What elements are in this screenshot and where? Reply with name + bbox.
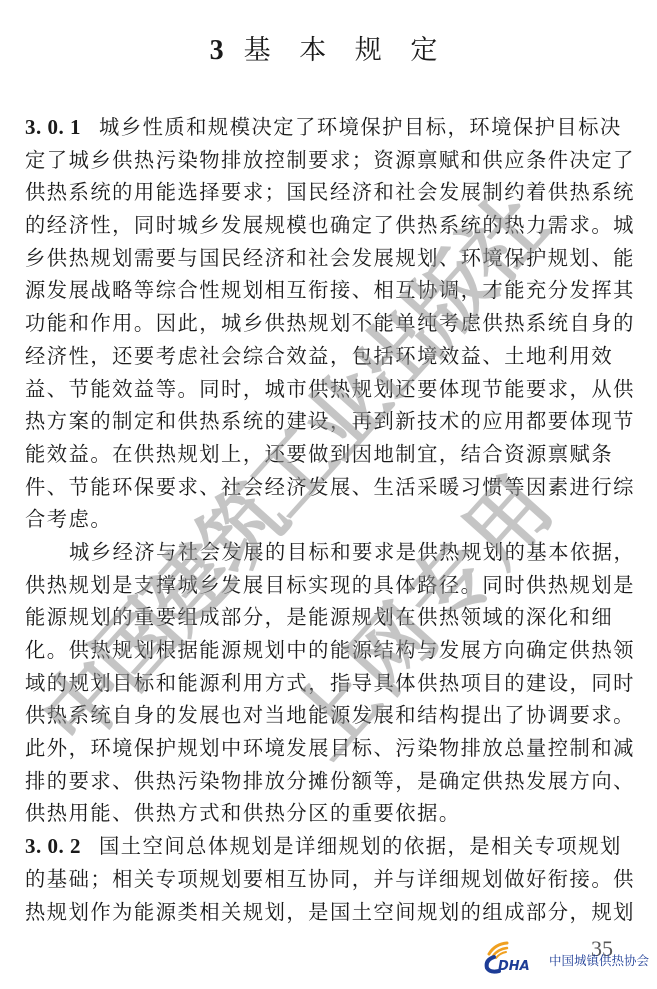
line-text: 合考虑。 <box>25 507 112 531</box>
text-line: 供热用能、供热方式和供热分区的重要依据。 <box>25 797 637 830</box>
text-line: 的经济性，同时城乡发展规模也确定了供热系统的热力需求。城 <box>25 209 637 242</box>
text-line: 功能和作用。因此，城乡供热规划不能单纯考虑供热系统自身的 <box>25 307 637 340</box>
line-text: 域的规划目标和能源利用方式，指导具体供热项目的建设，同时 <box>25 671 635 695</box>
text-line: 源发展战略等综合性规划相互衔接、相互协调，才能充分发挥其 <box>25 274 637 307</box>
logo-dha-text: DHA <box>498 959 530 974</box>
text-line: 件、节能环保要求、社会经济发展、生活采暖习惯等因素进行综 <box>25 471 637 504</box>
clause-number: 3. 0. 1 <box>25 115 81 139</box>
text-line: 热规划作为能源类相关规划，是国土空间规划的组成部分，规划 <box>25 896 637 929</box>
line-text: 供热系统的用能选择要求；国民经济和社会发展制约着供热系统 <box>25 180 635 204</box>
line-text: 排的要求、供热污染物排放分摊份额等，是确定供热发展方向、 <box>25 769 635 793</box>
cdha-logo: DHA 中国城镇供热协会 <box>483 940 653 974</box>
line-text: 的经济性，同时城乡发展规模也确定了供热系统的热力需求。城 <box>25 213 635 237</box>
line-text: 能源规划的重要组成部分，是能源规划在供热领域的深化和细 <box>25 605 613 629</box>
line-text: 国土空间总体规划是详细规划的依据，是相关专项规划 <box>99 834 622 858</box>
line-text: 供热系统自身的发展也对当地能源发展和结构提出了协调要求。 <box>25 703 635 727</box>
text-line: 定了城乡供热污染物排放控制要求；资源禀赋和供应条件决定了 <box>25 144 637 177</box>
chapter-heading: 3基 本 规 定 <box>0 28 657 67</box>
chapter-title: 基 本 规 定 <box>244 35 448 66</box>
line-text: 供热规划是支撑城乡发展目标实现的具体路径。同时供热规划是 <box>25 573 635 597</box>
text-line: 供热系统自身的发展也对当地能源发展和结构提出了协调要求。 <box>25 699 637 732</box>
logo-organization-name: 中国城镇供热协会 <box>549 951 649 969</box>
text-line: 热方案的制定和供热系统的建设，再到新技术的应用都要体现节 <box>25 405 637 438</box>
line-text: 源发展战略等综合性规划相互衔接、相互协调，才能充分发挥其 <box>25 278 635 302</box>
text-line: 的基础；相关专项规划要相互协同，并与详细规划做好衔接。供 <box>25 863 637 896</box>
text-line: 能源规划的重要组成部分，是能源规划在供热领域的深化和细 <box>25 601 637 634</box>
text-line: 供热规划是支撑城乡发展目标实现的具体路径。同时供热规划是 <box>25 569 637 602</box>
line-text: 城乡经济与社会发展的目标和要求是供热规划的基本依据， <box>69 540 635 564</box>
line-text: 件、节能环保要求、社会经济发展、生活采暖习惯等因素进行综 <box>25 475 635 499</box>
text-line: 域的规划目标和能源利用方式，指导具体供热项目的建设，同时 <box>25 667 637 700</box>
text-line: 能效益。在供热规划上，还要做到因地制宜，结合资源禀赋条 <box>25 438 637 471</box>
line-text: 供热用能、供热方式和供热分区的重要依据。 <box>25 801 461 825</box>
text-line: 供热系统的用能选择要求；国民经济和社会发展制约着供热系统 <box>25 176 637 209</box>
text-line: 此外，环境保护规划中环境发展目标、污染物排放总量控制和减 <box>25 732 637 765</box>
text-line: 排的要求、供热污染物排放分摊份额等，是确定供热发展方向、 <box>25 765 637 798</box>
line-text: 化。供热规划根据能源规划中的能源结构与发展方向确定供热领 <box>25 638 635 662</box>
clause-number: 3. 0. 2 <box>25 834 81 858</box>
text-line: 益、节能效益等。同时，城市供热规划还要体现节能要求，从供 <box>25 373 637 406</box>
line-text: 功能和作用。因此，城乡供热规划不能单纯考虑供热系统自身的 <box>25 311 635 335</box>
line-text: 定了城乡供热污染物排放控制要求；资源禀赋和供应条件决定了 <box>25 148 635 172</box>
text-line: 乡供热规划需要与国民经济和社会发展规划、环境保护规划、能 <box>25 242 637 275</box>
line-text: 经济性，还要考虑社会综合效益，包括环境效益、土地利用效 <box>25 344 613 368</box>
line-text: 城乡性质和规模决定了环境保护目标，环境保护目标决 <box>99 115 622 139</box>
line-text: 能效益。在供热规划上，还要做到因地制宜，结合资源禀赋条 <box>25 442 613 466</box>
text-line: 城乡经济与社会发展的目标和要求是供热规划的基本依据， <box>25 536 637 569</box>
line-text: 热规划作为能源类相关规划，是国土空间规划的组成部分，规划 <box>25 900 635 924</box>
text-line: 3. 0. 1城乡性质和规模决定了环境保护目标，环境保护目标决 <box>25 111 637 144</box>
line-text: 热方案的制定和供热系统的建设，再到新技术的应用都要体现节 <box>25 409 635 433</box>
text-line: 合考虑。 <box>25 503 637 536</box>
body-text: 3. 0. 1城乡性质和规模决定了环境保护目标，环境保护目标决定了城乡供热污染物… <box>25 111 637 928</box>
text-line: 化。供热规划根据能源规划中的能源结构与发展方向确定供热领 <box>25 634 637 667</box>
line-text: 乡供热规划需要与国民经济和社会发展规划、环境保护规划、能 <box>25 246 635 270</box>
line-text: 益、节能效益等。同时，城市供热规划还要体现节能要求，从供 <box>25 377 635 401</box>
text-line: 3. 0. 2国土空间总体规划是详细规划的依据，是相关专项规划 <box>25 830 637 863</box>
line-text: 的基础；相关专项规划要相互协同，并与详细规划做好衔接。供 <box>25 867 635 891</box>
line-text: 此外，环境保护规划中环境发展目标、污染物排放总量控制和减 <box>25 736 635 760</box>
text-line: 经济性，还要考虑社会综合效益，包括环境效益、土地利用效 <box>25 340 637 373</box>
chapter-number: 3 <box>210 35 226 66</box>
cdha-logo-icon: DHA <box>483 940 549 974</box>
